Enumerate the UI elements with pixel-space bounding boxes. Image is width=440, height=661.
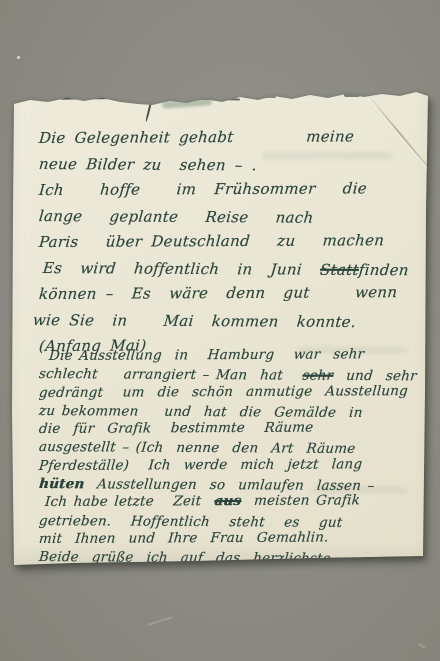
ink-smudge <box>162 98 212 108</box>
letter-paper: Die Gelegenheit gehabt meineneue Bilder … <box>12 92 429 565</box>
letter-text-segment: können – Es wäre denn gut wenn <box>38 283 398 303</box>
background-speck <box>17 56 20 59</box>
letter-line: Pferdeställe) Ich werde mich jetzt lang <box>38 455 420 475</box>
background-scratch <box>418 643 426 649</box>
letter-text-segment: meisten Grafik <box>240 493 360 510</box>
letter-text-segment: Ich hoffe im Frühsommer die <box>38 179 368 199</box>
struck-word: Statt <box>319 261 359 279</box>
letter-text-segment: wie Sie in Mai kommen konnte. <box>32 311 357 331</box>
letter-text-segment: gedrängt um die schön anmutige Ausstellu… <box>38 383 408 401</box>
background-scratch <box>147 616 172 625</box>
letter-text-segment: Beide grüße ich auf das herzlichste – <box>38 549 345 567</box>
photo-background: Die Gelegenheit gehabt meineneue Bilder … <box>0 0 440 661</box>
letter-line: Ich habe letzte Zeit aus meisten Grafik <box>44 491 420 511</box>
ink-smudge <box>60 95 180 99</box>
letter-line: Die Ausstellung in Hamburg war sehr <box>48 345 420 365</box>
letter-body: Die Gelegenheit gehabt meineneue Bilder … <box>39 125 419 585</box>
letter-exhibition-block: Die Ausstellung in Hamburg war sehrschle… <box>39 347 419 585</box>
letter-text-segment: Paris über Deutschland zu machen <box>38 231 385 251</box>
letter-line: gedrängt um die schön anmutige Ausstellu… <box>38 382 420 402</box>
letter-opening-block: Die Gelegenheit gehabt meineneue Bilder … <box>39 125 419 359</box>
letter-line: Beide grüße ich auf das herzlichste – <box>38 548 420 569</box>
ink-smudge <box>184 98 240 101</box>
letter-text-segment: Ich habe letzte Zeit <box>44 493 215 510</box>
signature-line: Ihr Edvard Munch <box>150 565 420 585</box>
letter-text-segment: Die Ausstellung in Hamburg war sehr <box>48 346 365 364</box>
letter-line: Die Gelegenheit gehabt meine <box>38 123 420 151</box>
letter-text-segment: schlecht arrangiert – Man hat <box>38 366 303 384</box>
paper-sheet: Die Gelegenheit gehabt meineneue Bilder … <box>12 92 429 565</box>
letter-line: Paris über Deutschland zu machen <box>38 227 420 255</box>
letter-line: Ich hoffe im Frühsommer die <box>38 175 420 203</box>
letter-text-segment: finden <box>358 261 410 279</box>
letter-line: können – Es wäre denn gut wenn <box>38 279 420 307</box>
letter-text-segment: neue Bilder zu sehen – . <box>38 155 258 174</box>
letter-text-segment: Die Gelegenheit gehabt meine <box>38 127 355 147</box>
letter-text-segment: mit Ihnen und Ihre Frau Gemahlin. <box>38 529 329 547</box>
letter-text-segment: hüten <box>38 476 85 492</box>
letter-text-segment: Es wird hoffentlich in Juni <box>42 259 321 279</box>
letter-line: mit Ihnen und Ihre Frau Gemahlin. <box>38 528 420 548</box>
struck-word: aus <box>214 493 242 509</box>
letter-text-segment: lange geplante Reise nach <box>38 207 314 227</box>
ink-smudge <box>344 92 360 97</box>
letter-line: die für Grafik bestimmte Räume <box>38 418 420 438</box>
letter-text-segment: die für Grafik bestimmte Räume <box>38 420 314 437</box>
ink-smudge <box>250 95 276 98</box>
letter-text-segment: Pferdeställe) Ich werde mich jetzt lang <box>38 456 363 474</box>
letter-text-segment: Ihr Edvard Munch <box>150 567 284 584</box>
ink-stroke <box>145 98 153 122</box>
